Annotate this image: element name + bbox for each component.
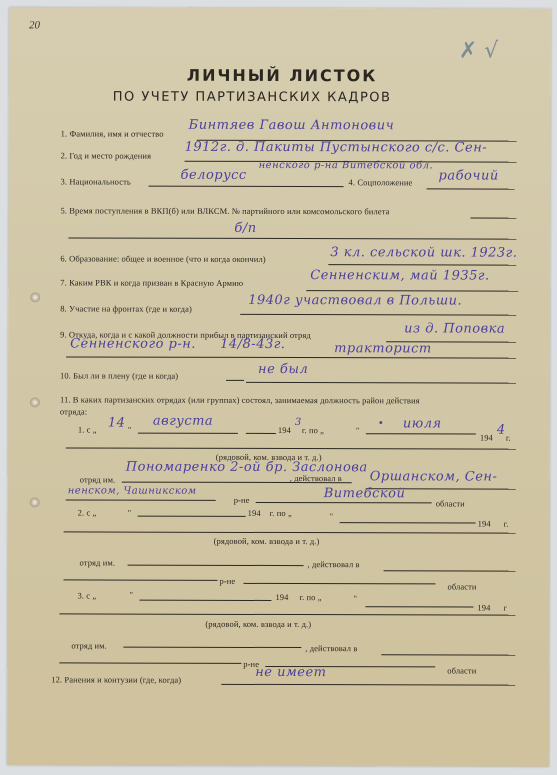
underline — [328, 264, 516, 265]
entry-2-year-to: 194 — [478, 519, 491, 529]
entry-3-year-to: 194 — [477, 603, 490, 613]
underline — [470, 218, 516, 219]
underline — [63, 579, 217, 580]
entry-1-oblast-value[interactable]: Витебской — [324, 486, 406, 501]
quote: " — [128, 508, 132, 518]
underline — [306, 290, 518, 292]
field-10-label: 10. Был ли в плену (где и когда) — [60, 370, 178, 380]
underline — [66, 447, 516, 449]
binder-hole — [30, 397, 40, 407]
entry-3-oblast-label: области — [447, 665, 476, 675]
underline — [366, 433, 476, 434]
underline — [64, 531, 516, 533]
field-9-value-position[interactable]: тракторист — [334, 341, 432, 356]
underline — [246, 433, 276, 434]
entry-2-oblast-label: области — [447, 581, 476, 591]
entry-3-otryad-label: отряд им. — [71, 640, 107, 650]
entry-2-rayon-label: р-не — [219, 576, 235, 586]
field-5-label: 5. Время поступления в ВКП(б) или ВЛКСМ.… — [60, 205, 389, 216]
underline — [340, 522, 476, 523]
field-4-value[interactable]: рабочий — [439, 168, 499, 183]
underline — [66, 356, 516, 358]
entry-1-deystvoval-value[interactable]: Оршанском, Сен- — [370, 469, 498, 484]
underline — [365, 606, 473, 607]
underline — [384, 570, 516, 571]
field-3-value[interactable]: белорусс — [181, 168, 247, 183]
field-7-label: 7. Каким РВК и когда призван в Красную А… — [60, 277, 243, 287]
underline — [59, 662, 241, 663]
underline — [221, 684, 515, 686]
underline — [138, 516, 246, 517]
entry-1-month-from[interactable]: августа — [153, 414, 213, 429]
field-8-value[interactable]: 1940г участвовал в Польши. — [248, 293, 462, 309]
entry-3-deystvoval-label: , действовал в — [305, 643, 357, 653]
field-1-label: 1. Фамилия, имя и отчество — [61, 128, 164, 138]
field-9-value-date[interactable]: 14/8-43г. — [220, 337, 285, 352]
entry-2-g: г. — [504, 519, 509, 529]
entry-2-year-from: 194 — [248, 508, 261, 518]
entry-1-g-po: г. по „ — [302, 425, 324, 435]
entry-2-deystvoval-label: , действовал в — [308, 559, 360, 569]
entry-1-year-from-digit[interactable]: 3 — [295, 417, 302, 428]
field-11-label-2: отряда: — [60, 406, 87, 416]
binder-hole — [30, 497, 40, 507]
underline — [427, 188, 515, 189]
entry-1-rayon-value[interactable]: ненском, Чашникском — [68, 485, 197, 496]
entry-3-position-hint: (рядовой, ком. взвода и т. д.) — [205, 619, 311, 629]
field-11-label: 11. В каких партизанских отрядах (или гр… — [60, 394, 420, 405]
binder-hole — [30, 292, 40, 302]
entry-1-month-to[interactable]: июля — [403, 416, 442, 431]
entry-1-g: г. — [506, 433, 511, 443]
entry-2-num: 2. с „ — [78, 507, 97, 517]
field-12-value[interactable]: не имеет — [255, 665, 326, 680]
field-7-value[interactable]: Сенненским, май 1935г. — [310, 268, 489, 283]
field-4-label: 4. Соцположение — [349, 177, 413, 187]
entry-1-otryad-label: отряд им. — [80, 474, 116, 484]
entry-2-otryad-label: отряд им. — [80, 557, 116, 567]
entry-1-rayon-label: р-не — [234, 495, 250, 505]
entry-1-year-to: 194 — [480, 433, 493, 443]
entry-1-year-to-digit[interactable]: 4 — [497, 423, 506, 438]
underline — [59, 613, 515, 615]
quote: " — [330, 511, 334, 521]
quote: " — [353, 593, 357, 603]
underline — [128, 565, 304, 566]
underline — [123, 647, 301, 648]
underline — [243, 583, 435, 585]
entry-3-year-from: 194 — [275, 592, 288, 602]
underline — [246, 382, 516, 384]
field-8-label: 8. Участие на фронтах (где и когда) — [60, 303, 192, 313]
field-12-label: 12. Ранения и контузии (где, когда) — [51, 674, 181, 684]
underline — [240, 314, 516, 316]
underline — [138, 433, 238, 434]
underline — [149, 186, 344, 188]
underline — [66, 499, 216, 500]
entry-1-num: 1. с „ — [78, 424, 97, 434]
entry-3-g: г — [503, 603, 507, 613]
entry-1-day-to[interactable]: • — [378, 418, 384, 429]
page-subtitle: ПО УЧЕТУ ПАРТИЗАНСКИХ КАДРОВ — [113, 90, 392, 106]
quote: " — [128, 425, 132, 435]
underline — [381, 654, 515, 655]
document-sheet: 20 ✗ √ ЛИЧНЫЙ ЛИСТОК ПО УЧЕТУ ПАРТИЗАНСК… — [7, 7, 551, 766]
underline — [139, 600, 271, 601]
underline — [226, 380, 244, 381]
page-number: 20 — [29, 19, 40, 31]
entry-1-year-from: 194 — [278, 425, 291, 435]
field-6-value[interactable]: 3 кл. сельской шк. 1923г. — [330, 245, 517, 260]
field-2-value[interactable]: 1912г. д. Пакиты Пустынского с/с. Сен- — [185, 140, 488, 156]
page-title: ЛИЧНЫЙ ЛИСТОК — [187, 66, 378, 85]
quote: " — [129, 590, 133, 600]
field-3-label: 3. Национальность — [61, 176, 131, 186]
pencil-checkmark-icon: ✗ √ — [459, 38, 499, 63]
entry-1-oblast-label: области — [436, 498, 465, 508]
field-5-value[interactable]: б/п — [234, 221, 256, 236]
underline — [68, 237, 516, 239]
entry-3-num: 3. с „ — [77, 590, 96, 600]
field-9-value-district[interactable]: Сенненского р-н. — [70, 336, 196, 351]
field-9-value[interactable]: из д. Поповка — [404, 321, 505, 336]
entry-1-deystvoval-label: , действовал в — [290, 473, 342, 483]
underline — [256, 502, 432, 503]
field-6-label: 6. Образование: общее и военное (что и к… — [60, 253, 265, 264]
entry-1-day-from[interactable]: 14 — [108, 416, 126, 431]
entry-2-position-hint: (рядовой, ком. взвода и т. д.) — [214, 536, 320, 546]
entry-3-g-po: г. по „ — [299, 592, 321, 602]
quote: " — [356, 425, 360, 435]
field-1-value[interactable]: Бинтяев Гавош Антонович — [189, 118, 395, 134]
entry-2-g-po: г. по „ — [270, 508, 292, 518]
field-10-value[interactable]: не был — [258, 362, 308, 377]
field-2-label: 2. Год и место рождения — [61, 150, 152, 160]
